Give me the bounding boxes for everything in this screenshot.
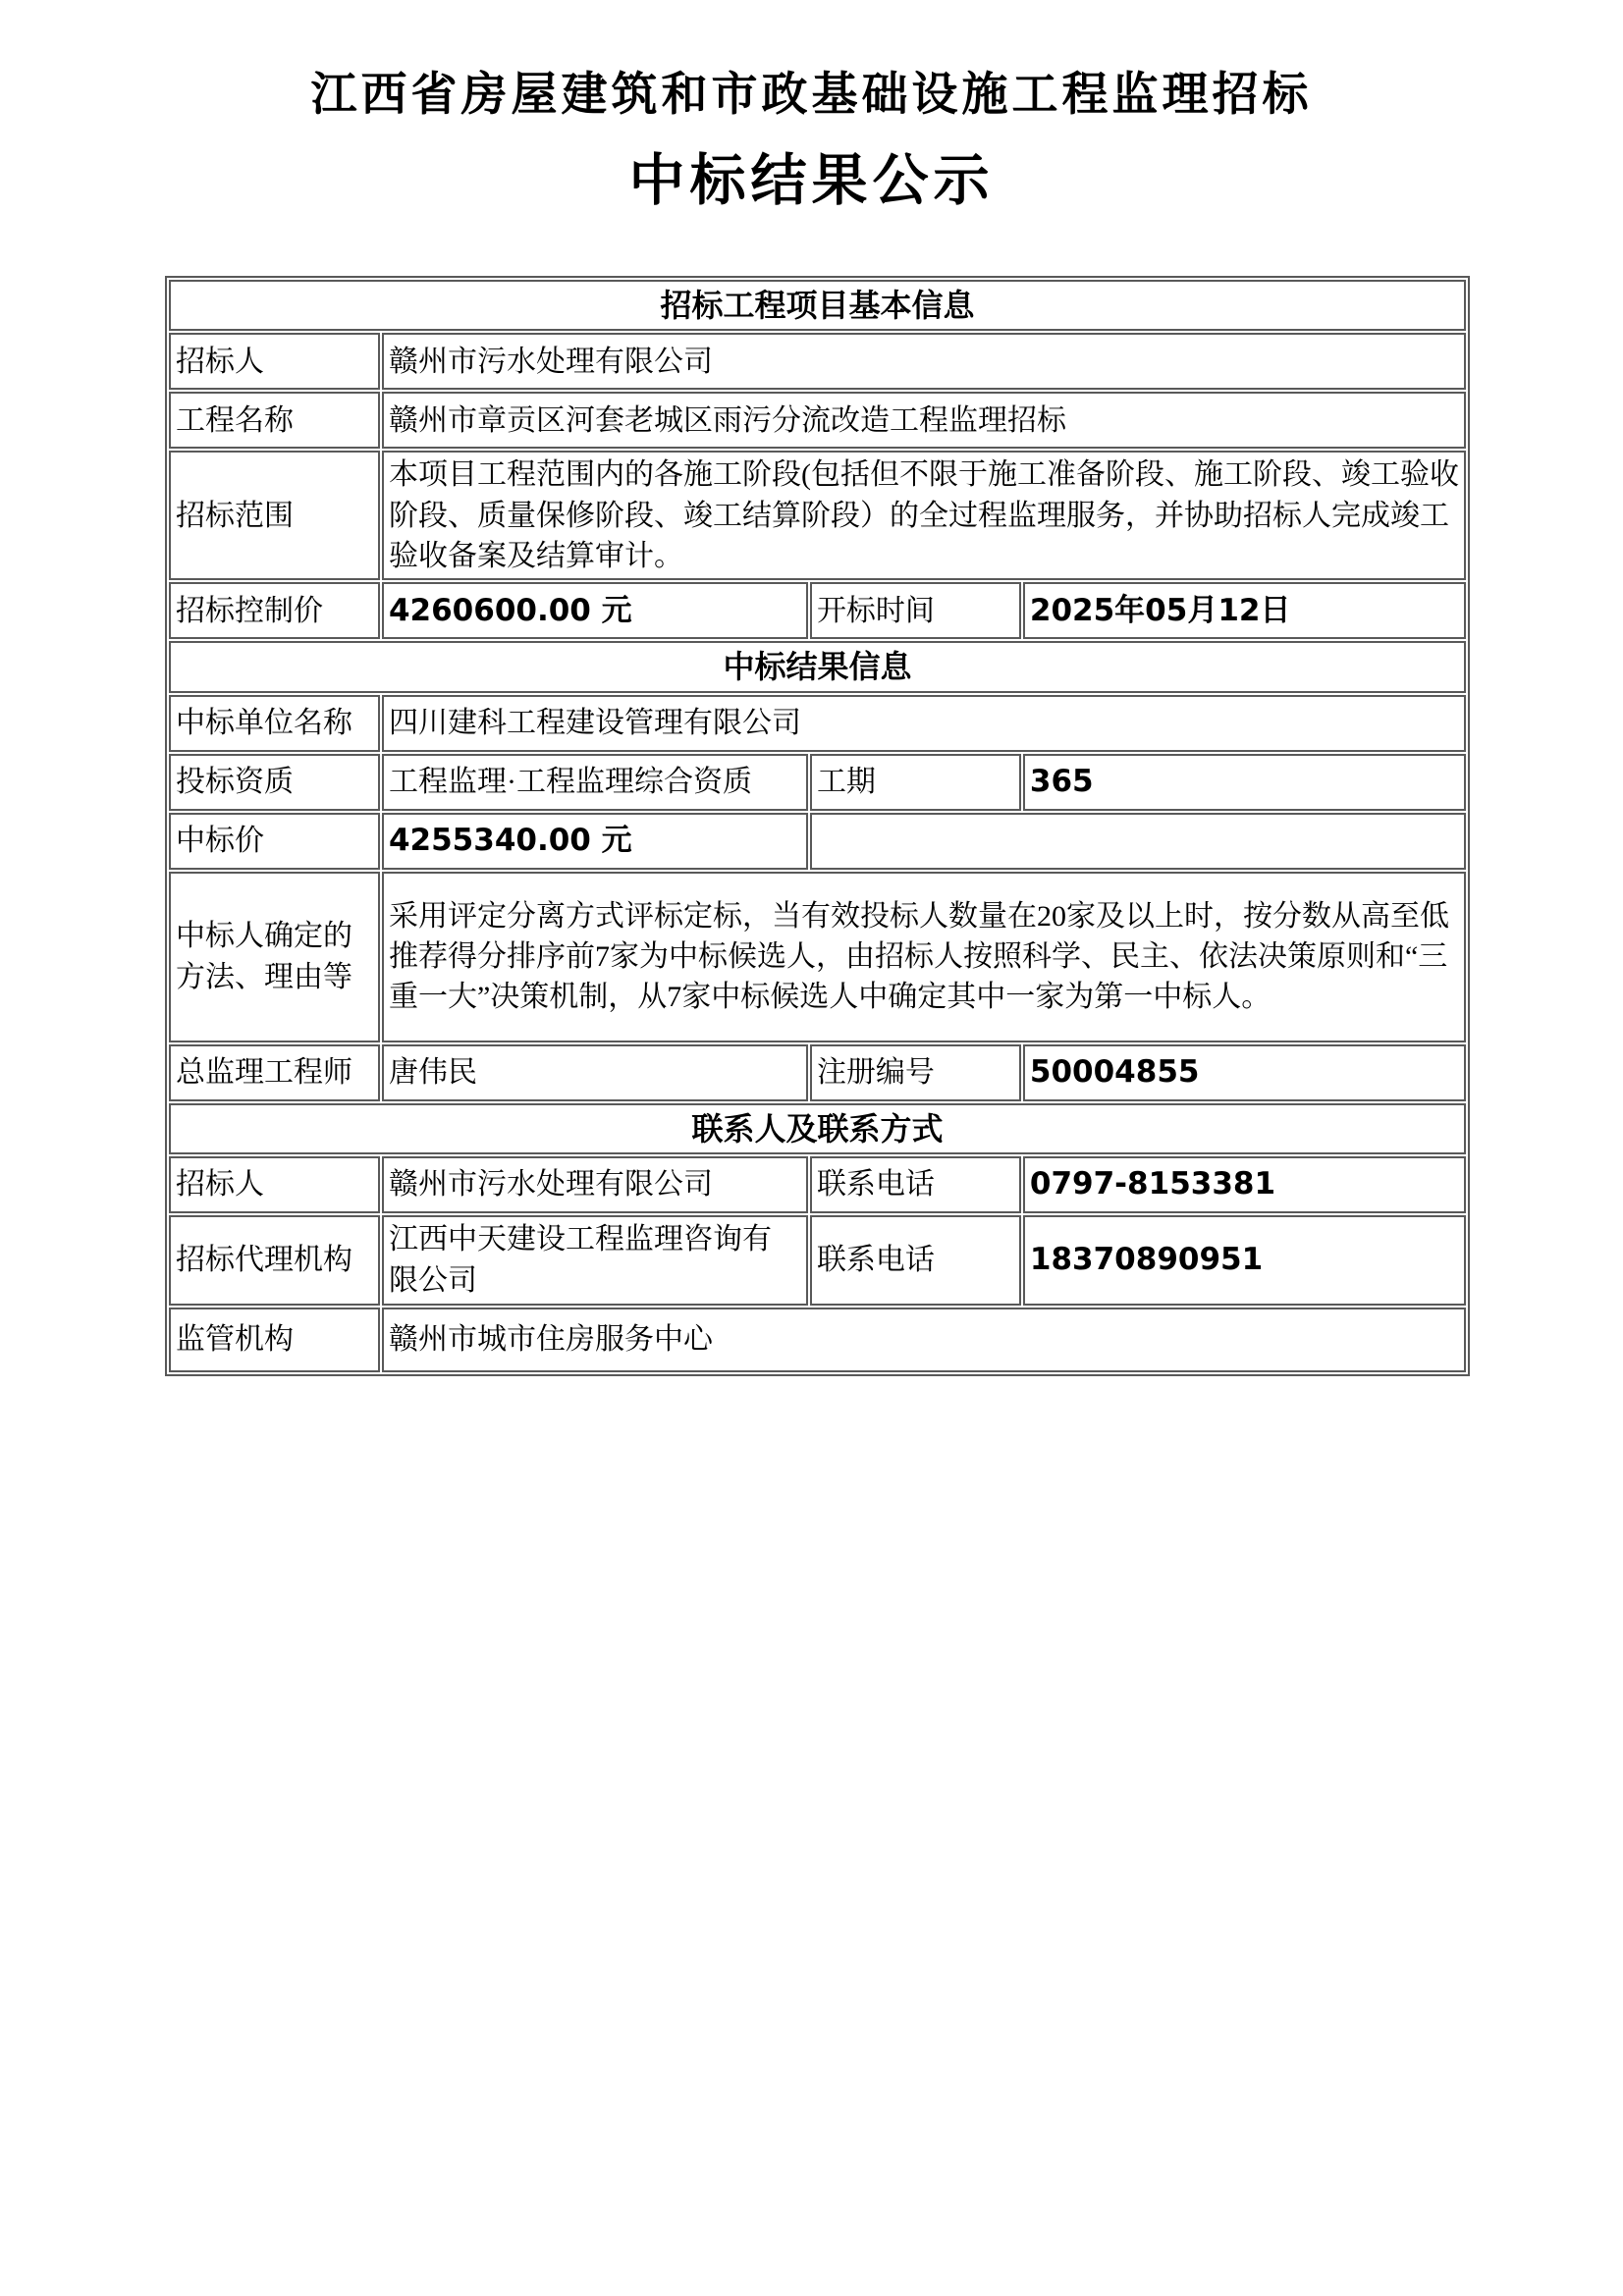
project-name-label: 工程名称 (169, 392, 380, 449)
tender-scope-row: 招标范围 本项目工程范围内的各施工阶段(包括但不限于施工准备阶段、施工阶段、竣工… (169, 451, 1466, 580)
agency-contact-label: 招标代理机构 (169, 1215, 380, 1306)
qualification-label: 投标资质 (169, 754, 380, 811)
bid-opening-label: 开标时间 (810, 582, 1021, 639)
winning-price-row: 中标价 4255340.00 元 (169, 813, 1466, 870)
agency-contact-row: 招标代理机构 江西中天建设工程监理咨询有限公司 联系电话 18370890951 (169, 1215, 1466, 1306)
project-name-row: 工程名称 赣州市章贡区河套老城区雨污分流改造工程监理招标 (169, 392, 1466, 449)
control-price-label: 招标控制价 (169, 582, 380, 639)
qualification-value: 工程监理·工程监理综合资质 (382, 754, 808, 811)
project-name-value: 赣州市章贡区河套老城区雨污分流改造工程监理招标 (382, 392, 1466, 449)
chief-engineer-value: 唐伟民 (382, 1044, 808, 1101)
tenderer-row: 招标人 赣州市污水处理有限公司 (169, 333, 1466, 390)
empty-cell (810, 813, 1466, 870)
winning-price-value: 4255340.00 元 (382, 813, 808, 870)
section-header-contacts: 联系人及联系方式 (169, 1103, 1466, 1154)
winner-name-label: 中标单位名称 (169, 695, 380, 752)
section3-header-row: 联系人及联系方式 (169, 1103, 1466, 1154)
agency-phone-label: 联系电话 (810, 1215, 1021, 1306)
control-price-row: 招标控制价 4260600.00 元 开标时间 2025年05月12日 (169, 582, 1466, 639)
regulator-label: 监管机构 (169, 1308, 380, 1372)
qualification-row: 投标资质 工程监理·工程监理综合资质 工期 365 (169, 754, 1466, 811)
document-title: 江西省房屋建筑和市政基础设施工程监理招标 (0, 0, 1623, 125)
bid-opening-value: 2025年05月12日 (1023, 582, 1466, 639)
section1-header-row: 招标工程项目基本信息 (169, 280, 1466, 331)
section-header-project-info: 招标工程项目基本信息 (169, 280, 1466, 331)
determination-method-value: 采用评定分离方式评标定标，当有效投标人数量在20家及以上时，按分数从高至低推荐得… (382, 872, 1466, 1042)
announcement-table: 招标工程项目基本信息 招标人 赣州市污水处理有限公司 工程名称 赣州市章贡区河套… (165, 276, 1470, 1376)
section-header-bid-result: 中标结果信息 (169, 641, 1466, 692)
tenderer-phone-value: 0797-8153381 (1023, 1156, 1466, 1213)
regulator-value: 赣州市城市住房服务中心 (382, 1308, 1466, 1372)
chief-engineer-row: 总监理工程师 唐伟民 注册编号 50004855 (169, 1044, 1466, 1101)
winner-name-value: 四川建科工程建设管理有限公司 (382, 695, 1466, 752)
registration-no-value: 50004855 (1023, 1044, 1466, 1101)
tenderer-label: 招标人 (169, 333, 380, 390)
tender-scope-label: 招标范围 (169, 451, 380, 580)
duration-label: 工期 (810, 754, 1021, 811)
winner-name-row: 中标单位名称 四川建科工程建设管理有限公司 (169, 695, 1466, 752)
control-price-value: 4260600.00 元 (382, 582, 808, 639)
regulator-row: 监管机构 赣州市城市住房服务中心 (169, 1308, 1466, 1372)
announcement-page: 江西省房屋建筑和市政基础设施工程监理招标 中标结果公示 招标工程项目基本信息 招… (0, 0, 1623, 2296)
tenderer-phone-label: 联系电话 (810, 1156, 1021, 1213)
tenderer-value: 赣州市污水处理有限公司 (382, 333, 1466, 390)
determination-method-label: 中标人确定的方法、理由等 (169, 872, 380, 1042)
registration-no-label: 注册编号 (810, 1044, 1021, 1101)
chief-engineer-label: 总监理工程师 (169, 1044, 380, 1101)
agency-phone-value: 18370890951 (1023, 1215, 1466, 1306)
tenderer-contact-value: 赣州市污水处理有限公司 (382, 1156, 808, 1213)
tenderer-contact-row: 招标人 赣州市污水处理有限公司 联系电话 0797-8153381 (169, 1156, 1466, 1213)
tenderer-contact-label: 招标人 (169, 1156, 380, 1213)
determination-method-row: 中标人确定的方法、理由等 采用评定分离方式评标定标，当有效投标人数量在20家及以… (169, 872, 1466, 1042)
agency-contact-value: 江西中天建设工程监理咨询有限公司 (382, 1215, 808, 1306)
document-subtitle: 中标结果公示 (0, 125, 1623, 215)
winning-price-label: 中标价 (169, 813, 380, 870)
section2-header-row: 中标结果信息 (169, 641, 1466, 692)
duration-value: 365 (1023, 754, 1466, 811)
tender-scope-value: 本项目工程范围内的各施工阶段(包括但不限于施工准备阶段、施工阶段、竣工验收阶段、… (382, 451, 1466, 580)
